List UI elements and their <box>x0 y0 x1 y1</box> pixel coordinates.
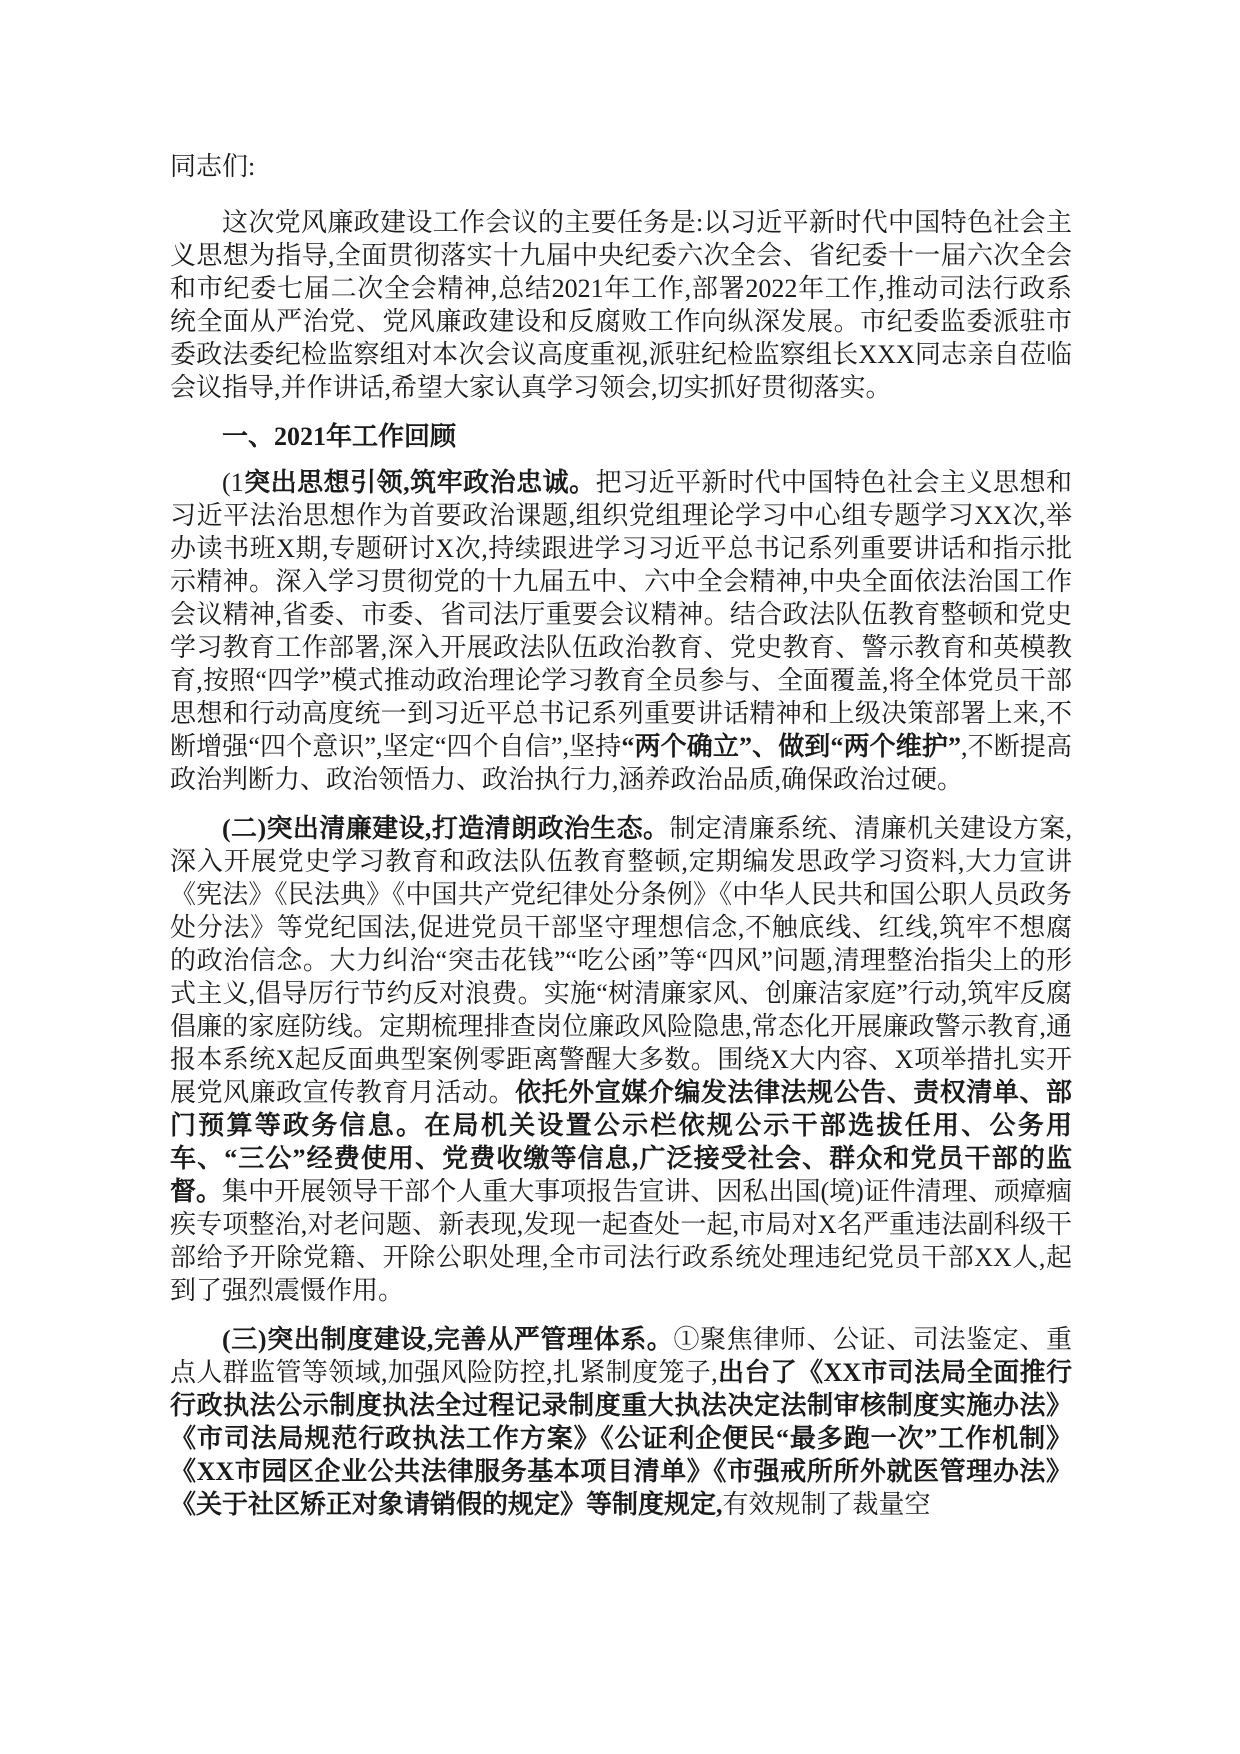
paragraph: (三)突出制度建设,完善从严管理体系。①聚焦律师、公证、司法鉴定、重点人群监管等… <box>170 1323 1072 1521</box>
section-heading: 一、2021年工作回顾 <box>170 420 1072 453</box>
paragraph: (二)突出清廉建设,打造清朗政治生态。制定清廉系统、清廉机关建设方案,深入开展党… <box>170 812 1072 1307</box>
text-run: 把习近平新时代中国特色社会主义思想和习近平法治思想作为首要政治课题,组织党组理论… <box>170 468 1072 761</box>
text-run: 突出思想引领,筑牢政治忠诚。 <box>244 468 596 497</box>
text-run: 同志们: <box>170 152 255 181</box>
document-body: 同志们:这次党风廉政建设工作会议的主要任务是:以习近平新时代中国特色社会主义思想… <box>170 150 1072 1521</box>
text-run: 集中开展领导干部个人重大事项报告宣讲、因私出国(境)证件清理、顽瘴痼疾专项整治,… <box>170 1177 1072 1305</box>
paragraph: (1突出思想引领,筑牢政治忠诚。把习近平新时代中国特色社会主义思想和习近平法治思… <box>170 466 1072 796</box>
text-run: 这次党风廉政建设工作会议的主要任务是:以习近平新时代中国特色社会主义思想为指导,… <box>170 208 1072 402</box>
text-run: “两个确立”、做到“两个维护” <box>621 732 961 761</box>
paragraph: 同志们: <box>170 150 1072 183</box>
text-run: 制定清廉系统、清廉机关建设方案,深入开展党史学习教育和政法队伍教育整顿,定期编发… <box>170 814 1072 1107</box>
text-run: 一、2021年工作回顾 <box>222 422 456 451</box>
text-run: 有效规制了裁量空 <box>723 1490 931 1519</box>
paragraph: 这次党风廉政建设工作会议的主要任务是:以习近平新时代中国特色社会主义思想为指导,… <box>170 206 1072 404</box>
text-run: (1 <box>222 468 244 497</box>
document-page: 同志们:这次党风廉政建设工作会议的主要任务是:以习近平新时代中国特色社会主义思想… <box>0 0 1240 1754</box>
text-run: (三)突出制度建设,完善从严管理体系。 <box>222 1325 673 1354</box>
text-run: (二)突出清廉建设,打造清朗政治生态。 <box>222 814 669 843</box>
